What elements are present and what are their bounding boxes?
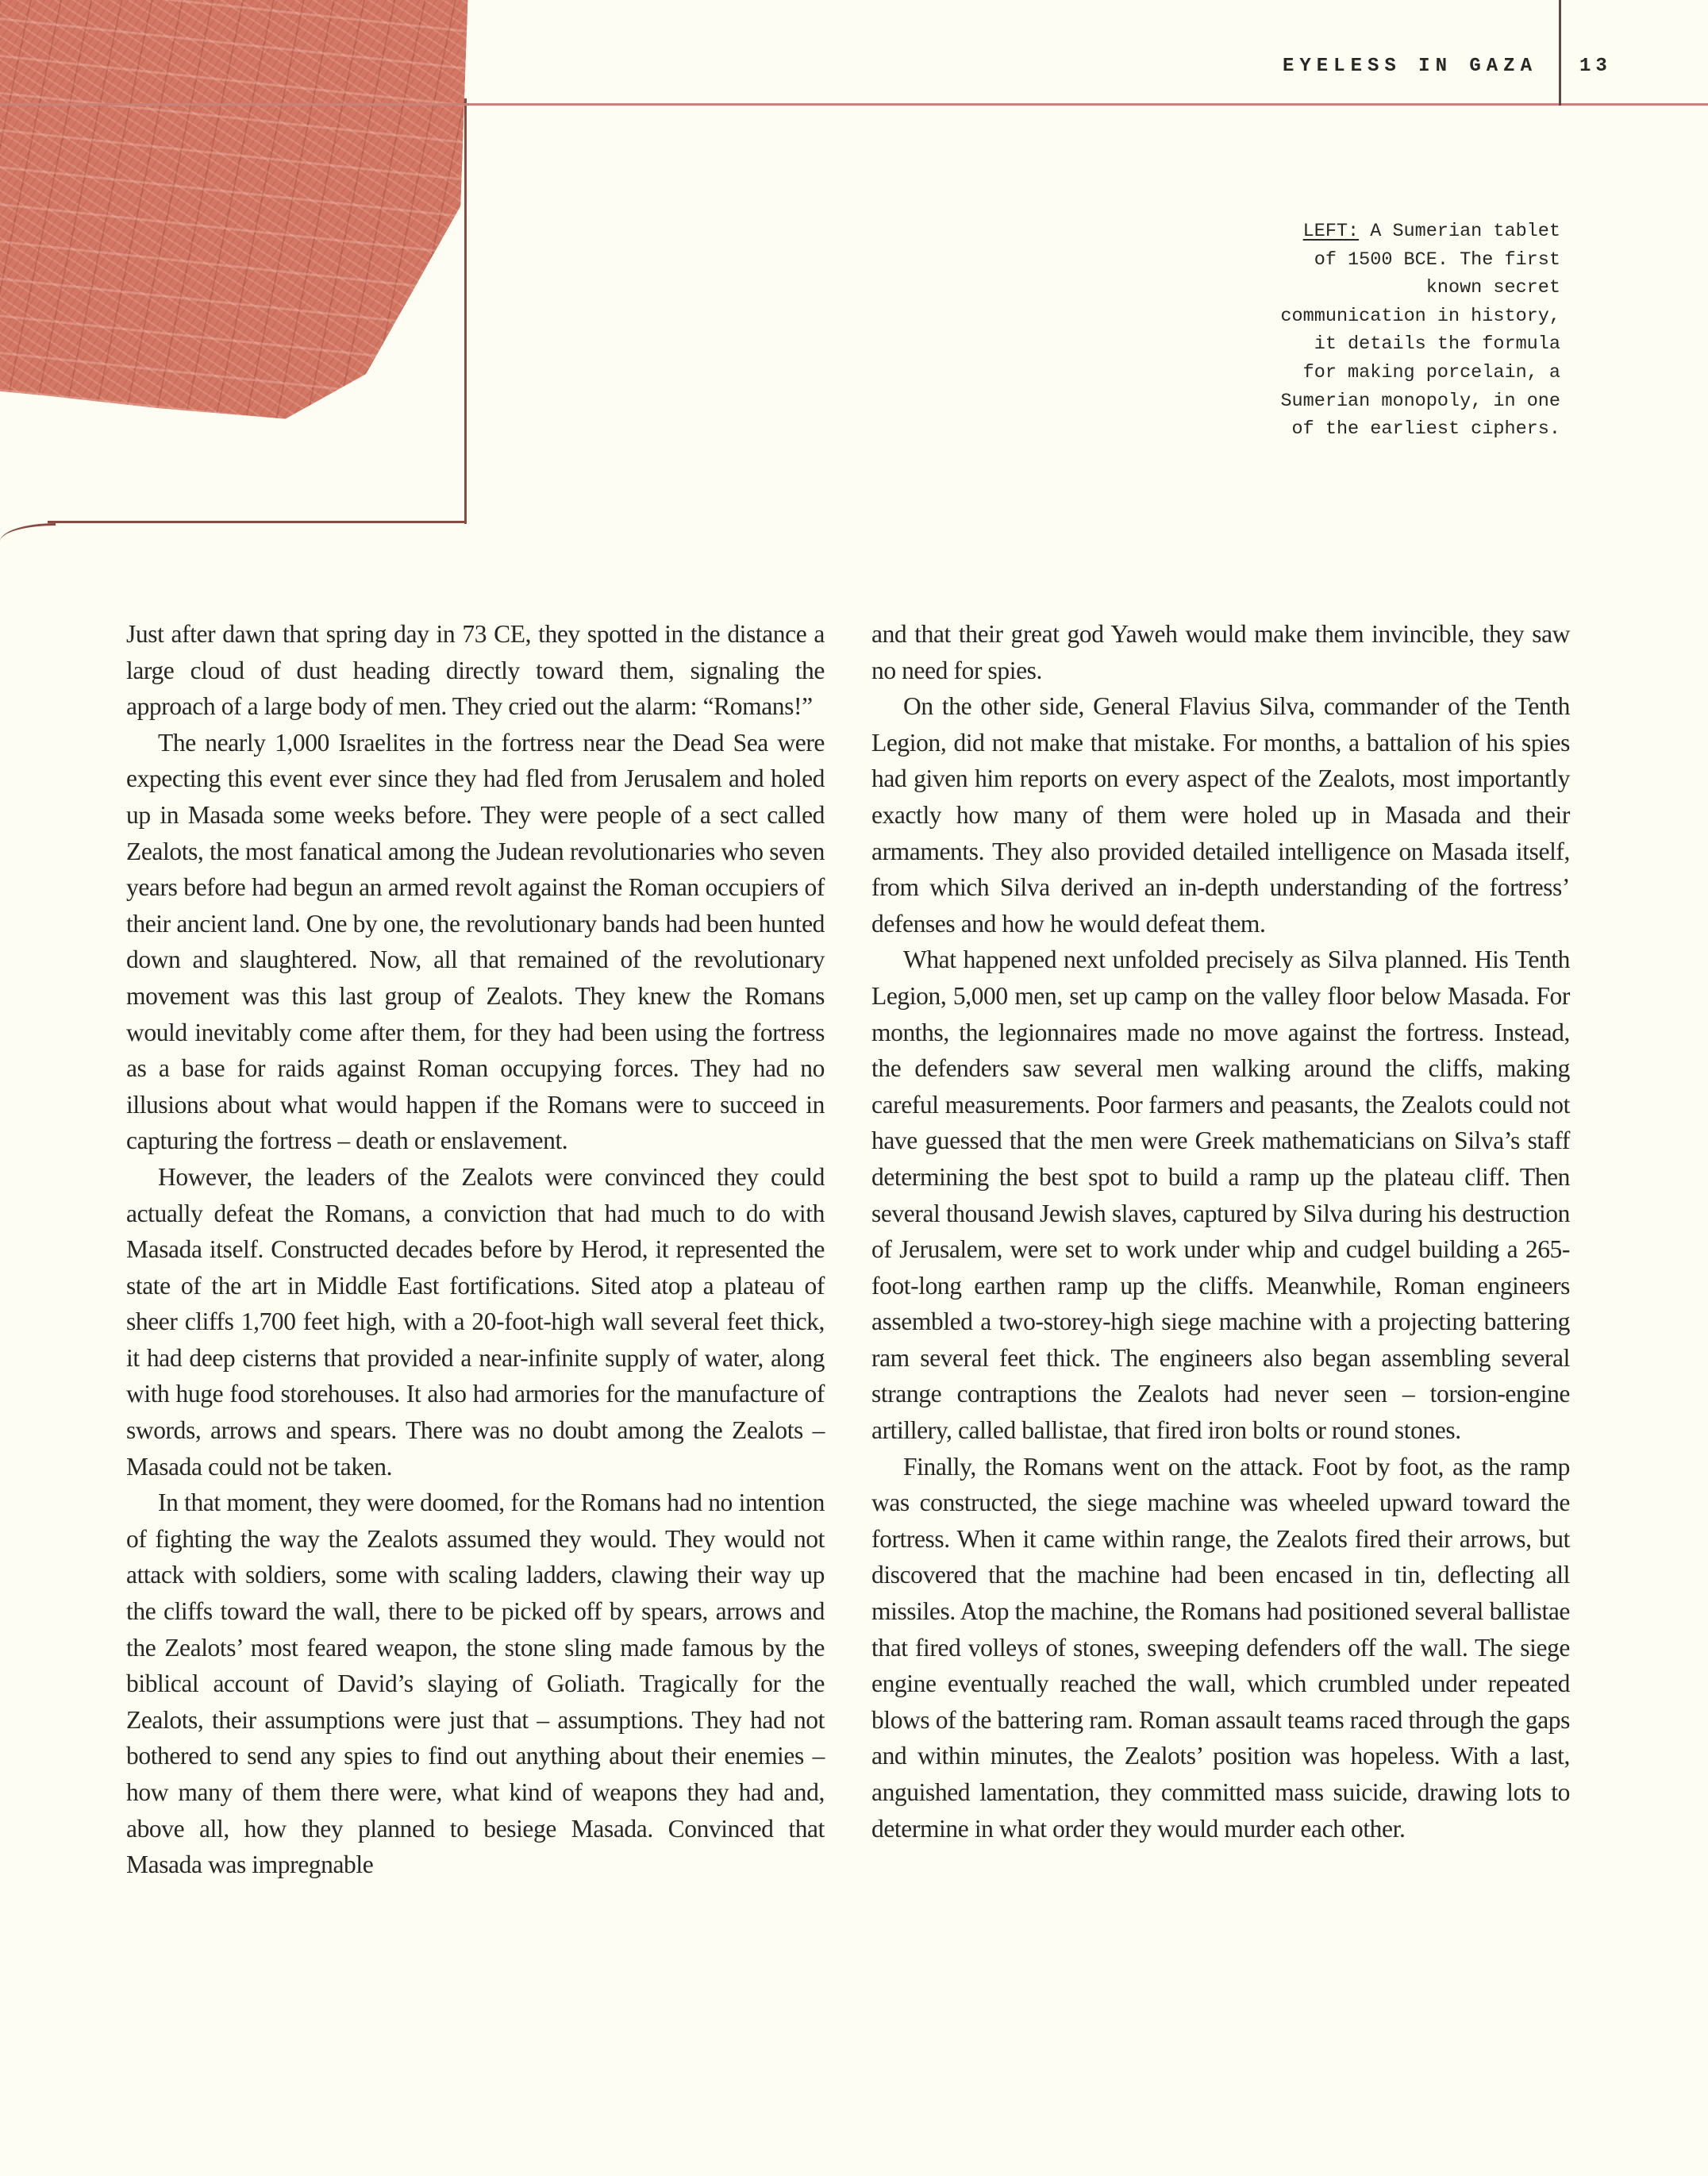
paragraph: However, the leaders of the Zealots were…: [126, 1159, 825, 1485]
figure-caption: LEFT: A Sumerian tablet of 1500 BCE. The…: [1275, 218, 1560, 444]
caption-label: LEFT:: [1303, 221, 1360, 242]
body-column-right: and that their great god Yaweh would mak…: [871, 616, 1570, 1847]
running-head: EYELESS IN GAZA: [1283, 56, 1537, 77]
body-column-left: Just after dawn that spring day in 73 CE…: [126, 616, 825, 1883]
paragraph: In that moment, they were doomed, for th…: [126, 1485, 825, 1883]
paragraph: and that their great god Yaweh would mak…: [871, 616, 1570, 688]
header-rule: [0, 103, 1708, 106]
image-frame-bottom-rule: [48, 521, 467, 523]
paragraph: Finally, the Romans went on the attack. …: [871, 1449, 1570, 1847]
image-frame-right-rule: [464, 98, 467, 524]
sumerian-tablet-image: [0, 0, 470, 461]
caption-text: A Sumerian tablet of 1500 BCE. The first…: [1280, 221, 1560, 440]
page-number: 13: [1579, 56, 1612, 77]
header-divider: [1559, 0, 1561, 106]
paragraph: The nearly 1,000 Israelites in the fortr…: [126, 725, 825, 1159]
paragraph: Just after dawn that spring day in 73 CE…: [126, 616, 825, 725]
paragraph: On the other side, General Flavius Silva…: [871, 688, 1570, 942]
paragraph: What happened next unfolded precisely as…: [871, 942, 1570, 1448]
image-frame-curve: [0, 523, 56, 541]
